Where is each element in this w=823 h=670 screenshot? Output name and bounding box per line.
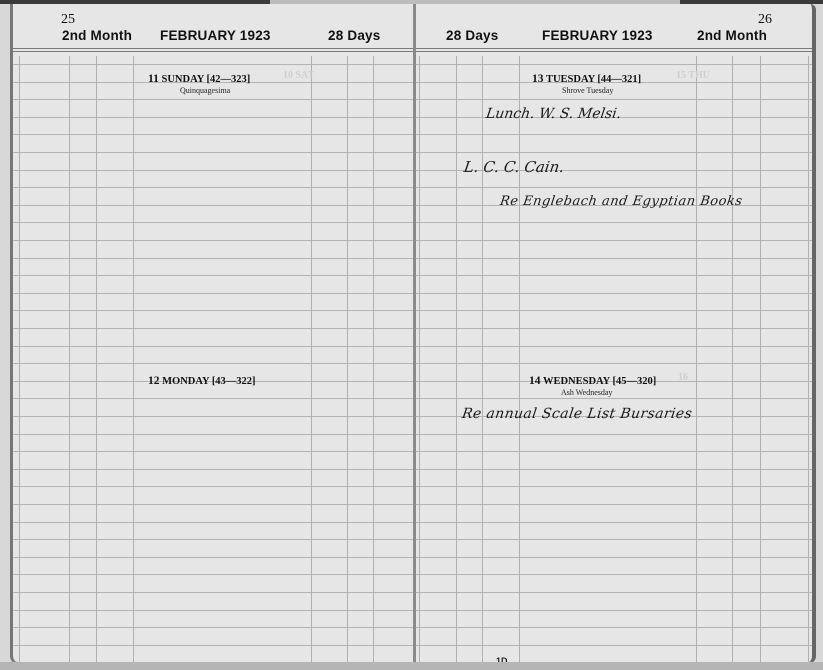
month-year: FEBRUARY 1923 — [542, 28, 653, 43]
grid-line — [416, 398, 812, 399]
grid-column-line — [696, 56, 697, 662]
day-count: [44—321] — [597, 74, 641, 85]
grid-line — [416, 134, 812, 135]
grid-line — [13, 64, 417, 65]
grid-line — [416, 504, 812, 505]
header-rule — [13, 51, 417, 52]
show-through-text: 16 — [678, 372, 688, 383]
days-label: 28 Days — [328, 28, 380, 43]
day-number: 13 — [532, 73, 544, 85]
grid-line — [13, 539, 417, 540]
grid-line — [13, 486, 417, 487]
grid-column-line — [96, 56, 97, 662]
grid-line — [13, 574, 417, 575]
grid-line — [13, 117, 417, 118]
left-page: 25 2nd Month FEBRUARY 1923 28 Days 10 SA… — [10, 4, 417, 664]
grid-column-line — [808, 56, 809, 662]
grid-line — [13, 205, 417, 206]
grid-line — [416, 99, 812, 100]
right-page: 26 28 Days FEBRUARY 1923 2nd Month 15 TH… — [416, 4, 816, 664]
grid-column-line — [456, 56, 457, 662]
day-heading: 11 SUNDAY [42—323] — [148, 73, 250, 85]
grid-column-line — [69, 56, 70, 662]
grid-line — [13, 627, 417, 628]
grid-line — [13, 592, 417, 593]
day-name: WEDNESDAY — [543, 376, 610, 387]
grid-line — [416, 434, 812, 435]
day-number: 14 — [529, 375, 541, 387]
day-name: TUESDAY — [546, 74, 595, 85]
grid-line — [416, 610, 812, 611]
grid-column-line — [373, 56, 374, 662]
grid-line — [13, 222, 417, 223]
handwritten-note: L. C. C. Cain. — [463, 158, 566, 176]
grid-line — [416, 152, 812, 153]
day-heading: 12 MONDAY [43—322] — [148, 375, 256, 387]
handwritten-note: Re annual Scale List Bursaries — [461, 406, 693, 422]
header-rule — [416, 48, 812, 49]
bottom-edge — [0, 662, 823, 670]
days-label: 28 Days — [446, 28, 498, 43]
grid-line — [416, 346, 812, 347]
grid-line — [13, 346, 417, 347]
show-through-text: 10 SAT — [283, 70, 314, 81]
grid-line — [13, 363, 417, 364]
day-observance: Quinquagesima — [180, 86, 230, 95]
grid-line — [416, 574, 812, 575]
grid-line — [13, 504, 417, 505]
grid-line — [13, 451, 417, 452]
grid-column-line — [311, 56, 312, 662]
day-name: SUNDAY — [162, 74, 204, 85]
grid-line — [416, 522, 812, 523]
grid-line — [13, 645, 417, 646]
grid-line — [416, 557, 812, 558]
show-through-text: 15 THU — [676, 70, 710, 81]
grid-line — [13, 328, 417, 329]
grid-line — [416, 258, 812, 259]
grid-line — [13, 187, 417, 188]
grid-line — [13, 240, 417, 241]
grid-column-line — [419, 56, 420, 662]
grid-line — [13, 275, 417, 276]
day-heading: 14 WEDNESDAY [45—320] — [529, 375, 656, 387]
grid-line — [416, 328, 812, 329]
grid-line — [13, 434, 417, 435]
handwritten-note: Re Englebach and Egyptian Books — [499, 194, 744, 209]
diary-spread: 25 2nd Month FEBRUARY 1923 28 Days 10 SA… — [0, 0, 823, 670]
grid-line — [416, 363, 812, 364]
grid-line — [13, 469, 417, 470]
day-count: [43—322] — [212, 376, 256, 387]
grid-column-line — [482, 56, 483, 662]
grid-line — [13, 557, 417, 558]
month-year: FEBRUARY 1923 — [160, 28, 271, 43]
grid-line — [416, 187, 812, 188]
day-number: 12 — [148, 375, 160, 387]
grid-line — [416, 310, 812, 311]
grid-line — [13, 522, 417, 523]
day-number: 11 — [148, 73, 159, 85]
day-heading: 13 TUESDAY [44—321] — [532, 73, 641, 85]
header-rule — [13, 48, 417, 49]
grid-column-line — [519, 56, 520, 662]
page-number: 26 — [758, 12, 772, 28]
grid-line — [13, 134, 417, 135]
grid-line — [416, 240, 812, 241]
grid-line — [13, 293, 417, 294]
month-label: 2nd Month — [62, 28, 132, 43]
grid-line — [416, 645, 812, 646]
grid-line — [13, 398, 417, 399]
day-count: [42—323] — [207, 74, 251, 85]
grid-line — [416, 275, 812, 276]
grid-line — [416, 592, 812, 593]
grid-column-line — [133, 56, 134, 662]
grid-line — [13, 170, 417, 171]
grid-line — [13, 310, 417, 311]
page-number: 25 — [61, 12, 75, 28]
grid-line — [416, 64, 812, 65]
handwritten-note: Lunch. W. S. Melsi. — [485, 106, 622, 122]
grid-line — [416, 451, 812, 452]
day-observance: Shrove Tuesday — [562, 86, 613, 95]
grid-column-line — [19, 56, 20, 662]
grid-column-line — [760, 56, 761, 662]
grid-line — [13, 152, 417, 153]
grid-line — [13, 416, 417, 417]
grid-line — [416, 293, 812, 294]
grid-line — [416, 469, 812, 470]
day-name: MONDAY — [162, 376, 209, 387]
grid-column-line — [732, 56, 733, 662]
grid-line — [416, 627, 812, 628]
grid-column-line — [347, 56, 348, 662]
grid-line — [13, 610, 417, 611]
grid-line — [13, 99, 417, 100]
ruled-grid — [416, 56, 812, 662]
day-observance: Ash Wednesday — [561, 388, 612, 397]
ruled-grid — [13, 56, 417, 662]
grid-line — [416, 539, 812, 540]
day-count: [45—320] — [612, 376, 656, 387]
grid-line — [13, 258, 417, 259]
grid-line — [416, 486, 812, 487]
month-label: 2nd Month — [697, 28, 767, 43]
grid-line — [416, 222, 812, 223]
header-rule — [416, 51, 812, 52]
